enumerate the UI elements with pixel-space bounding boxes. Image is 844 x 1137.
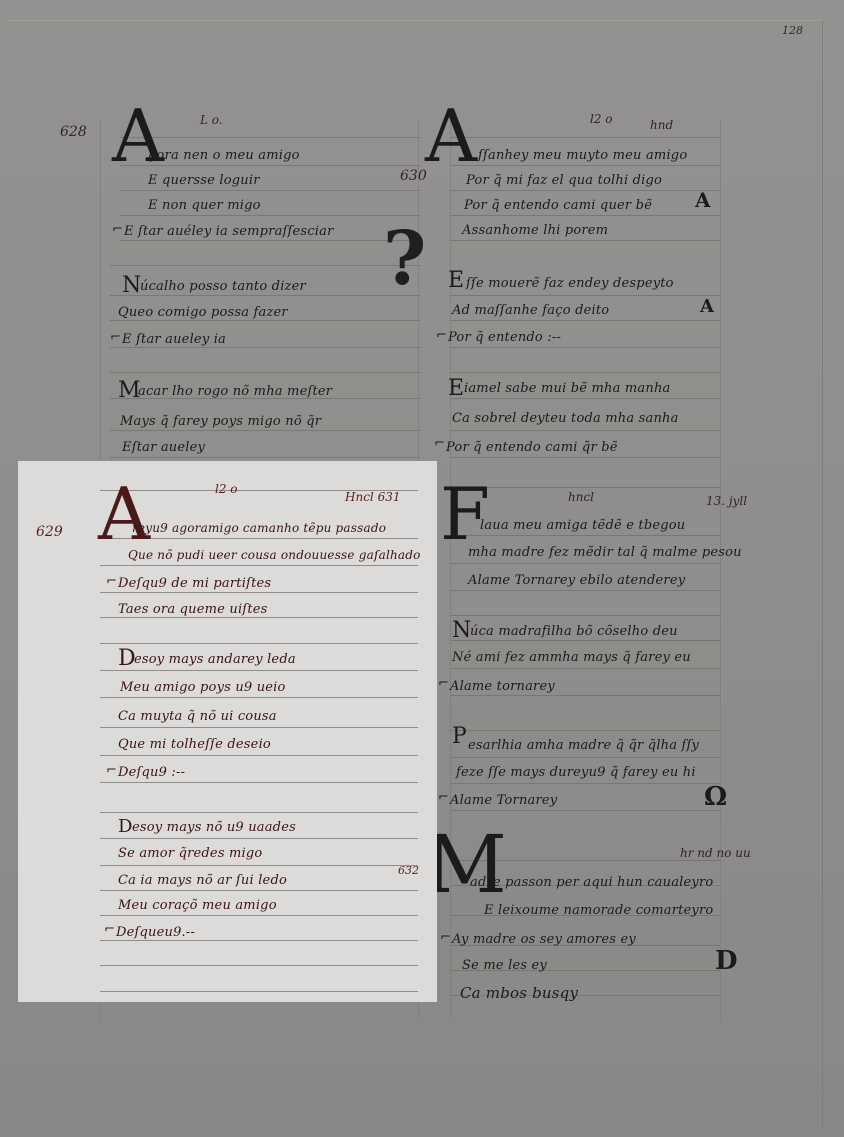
verse-line: Se amor q̃redes migo <box>118 846 262 861</box>
verse-line: Que nõ pudi ueer cousa ondouuesse gaſalh… <box>128 548 421 562</box>
verse-line: esoy mays andarey leda <box>134 652 296 667</box>
stanza-capital: D <box>118 648 136 670</box>
verse-line: Meu amigo poys u9 ueio <box>120 680 286 695</box>
poem-number: 629 <box>36 524 63 540</box>
verse-line: esoy mays nõ u9 uaades <box>132 820 296 835</box>
ruling <box>100 697 418 698</box>
ruling <box>100 727 418 728</box>
verse-line: Deſqu9 :-- <box>118 765 185 780</box>
ruling <box>100 565 418 566</box>
ruling <box>100 940 418 941</box>
paragraph-mark: ⌐ <box>106 763 117 778</box>
ruling <box>100 915 418 916</box>
ruling <box>100 643 418 644</box>
ruling <box>100 991 418 992</box>
ruling <box>100 965 418 966</box>
ruling <box>100 755 418 756</box>
verse-line: Ca muyta q̃ nõ ui cousa <box>118 709 277 724</box>
verse-line: Deſqueu9.-- <box>116 925 195 940</box>
ruling <box>100 812 418 813</box>
verse-line: Ca ia mays nõ ar ſui ledo <box>118 873 287 888</box>
verse-line: Taes ora queme uiſtes <box>118 602 268 617</box>
verse-line: Meu coraçõ meu amigo <box>118 898 277 913</box>
highlighted-poem-629: 629 l2 o Hncl 631 A reyu9 agoramigo cama… <box>0 0 844 1137</box>
poem-header: l2 o <box>215 482 238 496</box>
decorated-initial: A <box>98 478 150 550</box>
verse-line: reyu9 agoramigo camanho tẽpu passado <box>132 521 386 535</box>
side-number: 632 <box>398 864 419 877</box>
stanza-capital: D <box>118 818 132 836</box>
paragraph-mark: ⌐ <box>104 922 115 937</box>
ruling <box>100 890 418 891</box>
paragraph-mark: ⌐ <box>106 574 117 589</box>
margin-note: Hncl 631 <box>345 490 400 504</box>
ruling <box>100 617 418 618</box>
ruling <box>100 592 418 593</box>
verse-line: Que mi tolheſſe deseio <box>118 737 271 752</box>
ruling <box>100 782 418 783</box>
ruling <box>100 670 418 671</box>
ruling <box>100 838 418 839</box>
verse-line: Deſqu9 de mi partiſtes <box>118 576 271 591</box>
ruling <box>100 865 418 866</box>
